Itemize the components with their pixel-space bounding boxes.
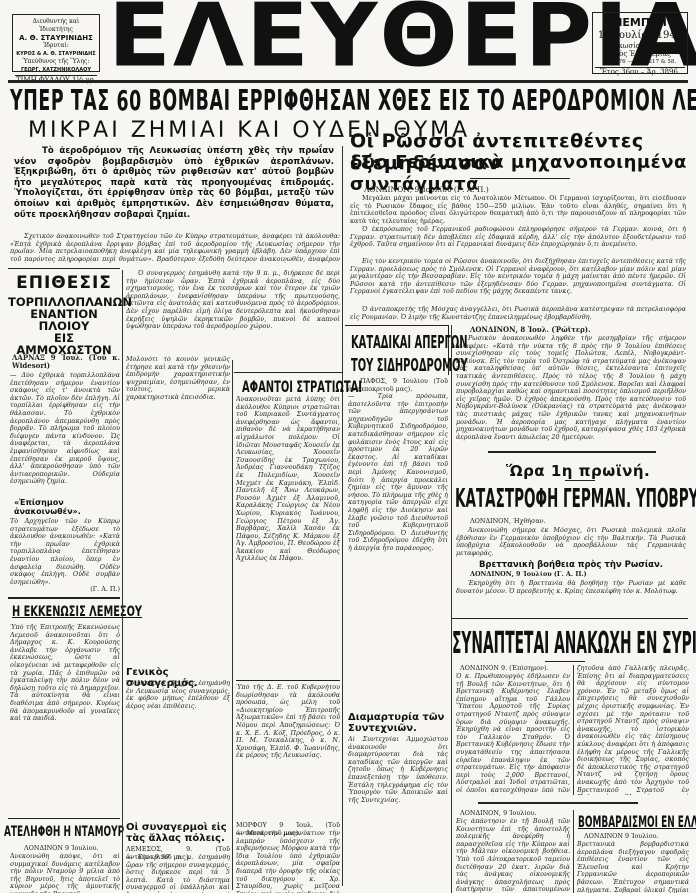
column-divider-left	[122, 270, 123, 890]
missing-soldiers-body-2: Ὑπὸ τῆς Δ. Ε. τοῦ Κυβερνήτου διωρίσθησαν…	[236, 684, 340, 820]
syria-col3-dateline: ΛΟΝΔΙΝΟΝ, 9 Ἰουλίου.	[460, 810, 570, 818]
russia-rule	[470, 178, 570, 179]
lead-body-1: Σχετικὸν ἀνακοινωθὲν τοῦ Στρατηγείου τῶν…	[10, 233, 340, 263]
other-towns-headline: Οἱ συναγερμοὶ εἰς τὰς ἄλλας πόλεις.	[126, 822, 230, 844]
submarine-dateline: ΛΟΝΔΙΝΟΝ, Ἠχθήσαν.	[470, 518, 680, 526]
russia-body-4: Ὁ ἀνταποκριτὴς τῆς Μόσχας ἀναγγέλλει, ὅτ…	[350, 306, 686, 322]
editor-name: ΓΕΩΡΓ. ΧΑΤΖΗΝΙΚΟΛΑΟΥ	[15, 66, 97, 74]
lead-paragraph: Τὸ ἀεροδρόμιον τῆς Λευκωσίας ὑπέστη χθὲς…	[14, 146, 334, 230]
phone: Τ. Κ. 76 — Τηλ. 217 & 58.	[595, 58, 685, 66]
russia-dateline: ΛΟΝΔΙΝΟΝ, 9 Ἰουλίου (Γ. Α. Π.)	[364, 186, 684, 194]
damour-dateline: ΛΟΝΔΙΝΟΝ 9 Ἰουλίου.	[24, 845, 120, 853]
weekday: ΠΕΜΠΤΗ	[595, 16, 685, 29]
strike-sub-body: Αἱ Συντεχνίαι Ἀμμοχώστου ἀνακοινοῦν ὅτι …	[348, 736, 448, 893]
torpedo-subheading: «Ἐπίσημον ἀνακοινωθέν».	[14, 498, 120, 516]
street: Ὁδὸς Ἐλευθερίας	[595, 50, 685, 58]
torpedo-credit: (Γ. Α. Π.)	[80, 586, 120, 594]
ear-left-box: Διευθυντής καὶ Ἰδιοκτήτης Α. Θ. ΣΤΑΥΡΙΝΙ…	[12, 14, 100, 72]
torpedo-headline-4: ΕΙΣ ΑΜΜΟΧΩΣΤΟΝ	[8, 332, 120, 356]
british-aid-dateline: ΛΟΝΔΙΝΟΝ, 9 Ἰουλίου (Γ. Α. Π.)	[470, 571, 680, 579]
general-alarm-body: Τὸ ἐσπέρας τῆς χθὲς ἐσημάνθη ἐν Λευκωσίᾳ…	[126, 680, 230, 820]
missing-soldiers-body: Ἀνακοινοῦται μετὰ λύπης ὅτι ἀκόλουθοι Κύ…	[236, 396, 340, 676]
torpedo-headline-box: ΕΠΙΘΕΣΙΣ ΤΟΡΠΙΛΛΟΠΛΑΝΩΝ ΕΝΑΝΤΙΟΝ ΠΛΟΙΟΥ …	[8, 268, 120, 354]
torpedo-body: — Δύο ἐχθρικὰ τορπιλλοπλάνα ἐπετέθησαν σ…	[10, 372, 120, 494]
strike-headline-2: ΤΟΥ ΣΙΔΗΡΟΔΡΟΜΟΥ	[351, 355, 404, 376]
city: Λευκωσία (Κύπρος)	[595, 42, 685, 50]
editor-label: Ὑπεύθυνος τῆς Ὕλης:	[15, 58, 97, 66]
director-name: Α. Θ. ΣΤΑΥΡΙΝΙΔΗΣ	[15, 34, 97, 42]
director-label: Διευθυντής καὶ Ἰδιοκτήτης	[15, 18, 97, 34]
submarine-rule	[488, 451, 656, 453]
greece-body: Βρεττανικὰ βομβαρδιστικὰ ἀεροπλάνα διεξή…	[577, 841, 689, 893]
ear-right-box: ΠΕΜΠΤΗ 10 Ἰουλίου 1941 Λευκωσία (Κύπρος)…	[592, 12, 688, 74]
column-divider-right	[451, 325, 452, 625]
founders-names: ΚΥΡΟΣ & Α. Θ. ΣΤΑΥΡΙΝΙΔΗΣ	[15, 50, 97, 58]
column-divider-syria-inner	[573, 665, 574, 795]
limassol-rule	[8, 597, 120, 599]
british-aid-heading: Βρεττανικὴ βοήθεια πρὸς τὴν Ρωσίαν.	[456, 560, 686, 571]
british-aid-body: Ἐκηρύχθη ὅτι ἡ Βρεττανία θὰ βοηθήσῃ τὴν …	[456, 580, 686, 616]
strike-subheading: Διαμαρτυρία τῶν Συντεχνιῶν.	[348, 712, 448, 734]
missing-soldiers-rule	[236, 680, 340, 681]
front-dateline: ΛΟΝΔΙΝΟΝ, 8 Ἰουλ. (Ῥώϊτερ).	[470, 326, 680, 334]
syria-top-rule	[452, 618, 688, 619]
submarine-kicker-rule	[565, 480, 595, 481]
strike-headline-box: ΚΑΤΑΔΙΚΑΙ ΑΠΕΡΓΩΝ ΤΟΥ ΣΙΔΗΡΟΔΡΟΜΟΥ	[345, 325, 449, 375]
russia-body-2: Ὁ ἐκπρόσωπος τοῦ Γερμανικοῦ ραδιοφώνου ἐ…	[350, 226, 686, 256]
column-divider-main	[342, 146, 343, 886]
damour-rule	[8, 818, 120, 819]
torpedo-sub-body: Τὸ Ἀρχηγεῖον τῶν ἐν Κύπρῳ στρατευμάτων ἐ…	[10, 518, 120, 586]
russia-body-3: Εἰς τὸν κεντρικὸν τομέα οἱ Ρῶσσοι ἀνακοι…	[350, 258, 686, 304]
submarine-headline: ΚΑΤΑΣΤΡΟΦΗ ΓΕΡΜΑΝ. ΥΠΟΒΡΥΧΙΟΥ	[455, 484, 696, 514]
torpedo-dateline-text: ΛΑΡΝΑΞ 9 Ἰουλ. (Τοῦ κ. Widesori)	[12, 354, 120, 370]
torpedo-dateline: ΛΑΡΝΑΞ 9 Ἰουλ. (Τοῦ κ. Widesori)	[12, 354, 120, 370]
russia-body-1: Μεγάλαι μάχαι μαίνονται εἰς τὸ Ἀνατολικὸ…	[350, 195, 686, 225]
morphou-body: — Μετὰ τὴν μεσονύκτιον τὴν λαμπρὰν ὑπόσχ…	[236, 830, 340, 893]
syria-bottom-rule	[478, 802, 638, 804]
masthead-rule	[8, 80, 688, 83]
missing-soldiers-box: ΑΦΑΝΤΟΙ ΣΤΡΑΤΙΩΤΑΙ	[234, 372, 342, 394]
strike-body: — Τρία πρόσωπα, ἀποτελοῦντα τὴν ἐπιτροπὴ…	[348, 393, 448, 711]
syria-col2-body: ζητοῦσα ἀπὸ Γαλλικῆς πλευρᾶς. Ἐπίσης ὅτι…	[577, 665, 689, 795]
syria-col1-dateline: ΛΟΝΔΙΝΟΝ 9. (Ἐπίσημον).	[460, 665, 568, 673]
column-divider-greece	[573, 810, 574, 893]
torpedo-headline-1: ΕΠΙΘΕΣΙΣ	[8, 275, 120, 293]
damour-headline: ΑΤΕΛΗΦΘΗ Η ΝΤΑΜΟΥΡ	[4, 824, 124, 840]
submarine-kicker: Ὥρα 1η πρωϊνή.	[506, 460, 666, 482]
column-divider-syria	[451, 625, 452, 893]
issue-date: 10 Ἰουλίου 1941	[595, 29, 685, 42]
founders-label: Ἱδρυταί:	[15, 42, 97, 50]
strike-dateline: ΠΑΦΟΣ, 9 Ἰουλίου (Τοῦ ἀνταποκριτοῦ μας).	[348, 378, 448, 393]
limassol-body: Ὑπὸ τῆς Ἐπιτροπῆς Ἐκκενώσεως Λεμεσοῦ ἀνα…	[10, 624, 120, 814]
strike-headline-1: ΚΑΤΑΔΙΚΑΙ ΑΠΕΡΓΩΝ	[351, 332, 404, 353]
syria-headline-rule	[545, 661, 585, 662]
torpedo-headline-3: ΕΝΑΝΤΙΟΝ ΠΛΟΙΟΥ	[8, 308, 120, 332]
banner-headline: ΥΠΕΡ ΤΑΣ 60 ΒΟΜΒΑΙ ΕΡΡΙΦΘΗΣΑΝ ΧΘΕΣ ΕΙΣ Τ…	[10, 84, 696, 117]
missing-soldiers-headline: ΑΦΑΝΤΟΙ ΣΤΡΑΤΙΩΤΑΙ	[242, 377, 304, 396]
damour-body: Ἀνεκοινώθη ἀπόψε, ὅτι αἱ συμμαχικαὶ δυνά…	[10, 853, 120, 893]
column-divider-mid	[232, 360, 233, 890]
syria-col1-body: Ὁ κ. Πρωθυπουργὸς ἐδήλωσεν ἐν τῇ Βουλῇ τ…	[456, 673, 570, 795]
issue-number: Ἔτος 36ον.– Ἀρ. 3896.	[595, 67, 685, 76]
lead-body-4: Μολονότι τὸ κοινὸν γενικῶς ἐτήρησε καὶ κ…	[126, 356, 230, 646]
syria-col3-body: Εἰς ἀπάντησιν ἐν τῇ Βουλῇ τῶν Κοινοτήτων…	[456, 818, 570, 893]
greece-headline: ΒΟΜΒΑΡΔΙΣΜΟΙ ΕΝ ΕΛΛΑΔΙ	[578, 812, 696, 831]
submarine-body: Ἀνεκοινώθη σήμερα ἐκ Μόσχας, ὅτι Ρωσικὰ …	[456, 527, 686, 557]
other-towns-body: — Τὴν 9.30' π. μ. ἐσημάνθη ὥραν τῆς σήμε…	[126, 854, 230, 893]
greece-dateline: ΛΟΝΔΙΝΟΝ 9 Ἰουλίου.	[584, 833, 688, 841]
front-body: Ρωσικὸν ἀνακοινωθὲν ληφθὲν τὴν μεσημβρία…	[456, 335, 686, 445]
masthead-title: ΕΛΕΥΘΕΡΙΑ	[108, 0, 588, 74]
lead-body-2: Ὁ συναγερμὸς ἐσημάνθη κατὰ τὴν 9 π. μ., …	[126, 270, 340, 334]
syria-headline: ΣΥΝΑΠΤΕΤΑΙ ΑΝΑΚΩΧΗ ΕΝ ΣΥΡΙΑ	[452, 626, 696, 661]
